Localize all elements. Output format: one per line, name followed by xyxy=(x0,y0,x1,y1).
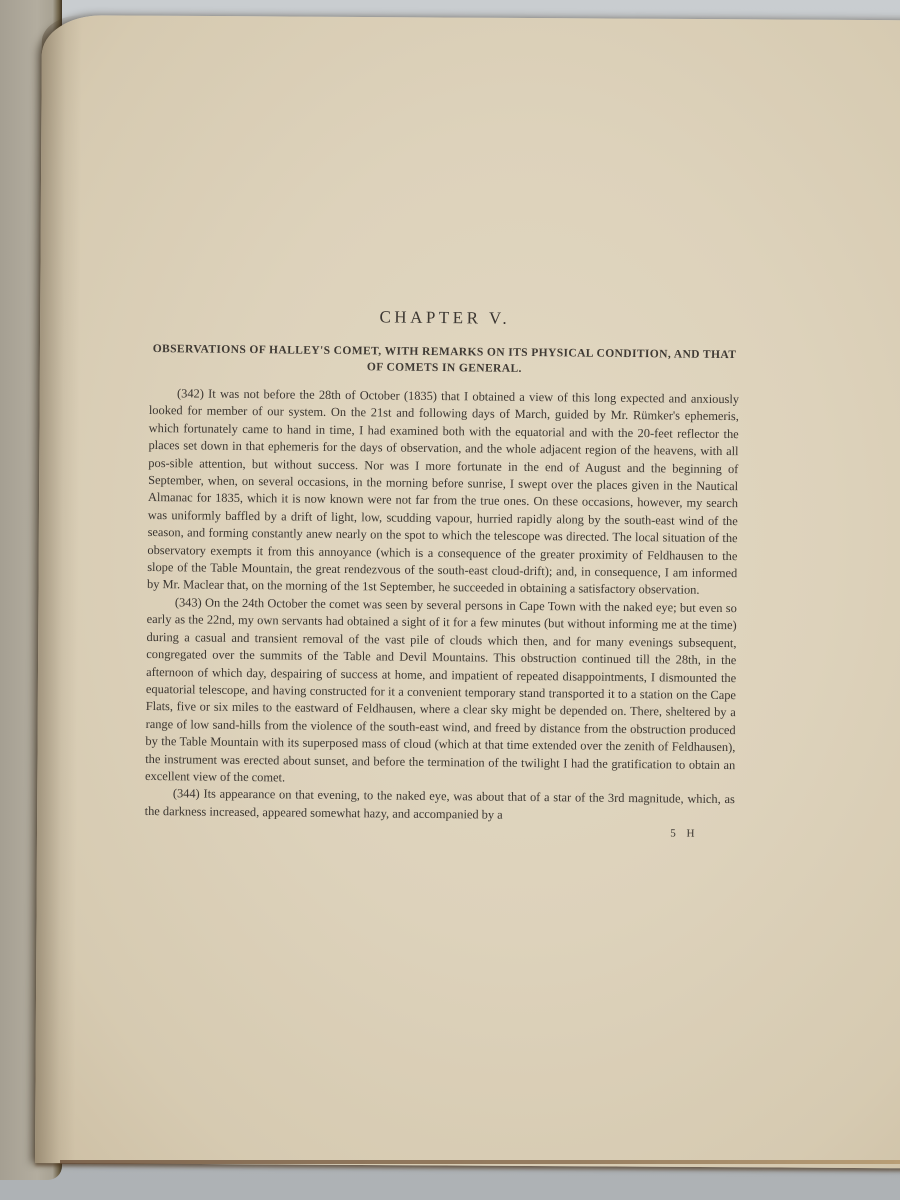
paragraph-344: (344) Its appearance on that evening, to… xyxy=(145,785,735,826)
gutter-shadow xyxy=(35,15,82,1163)
paragraph-343: (343) On the 24th October the comet was … xyxy=(145,594,737,792)
page-bottom-edge xyxy=(60,1160,900,1164)
chapter-subtitle: OBSERVATIONS OF HALLEY'S COMET, WITH REM… xyxy=(149,341,739,379)
paragraph-342: (342) It was not before the 28th of Octo… xyxy=(147,385,739,600)
page-text-block: CHAPTER V. OBSERVATIONS OF HALLEY'S COME… xyxy=(144,305,740,840)
